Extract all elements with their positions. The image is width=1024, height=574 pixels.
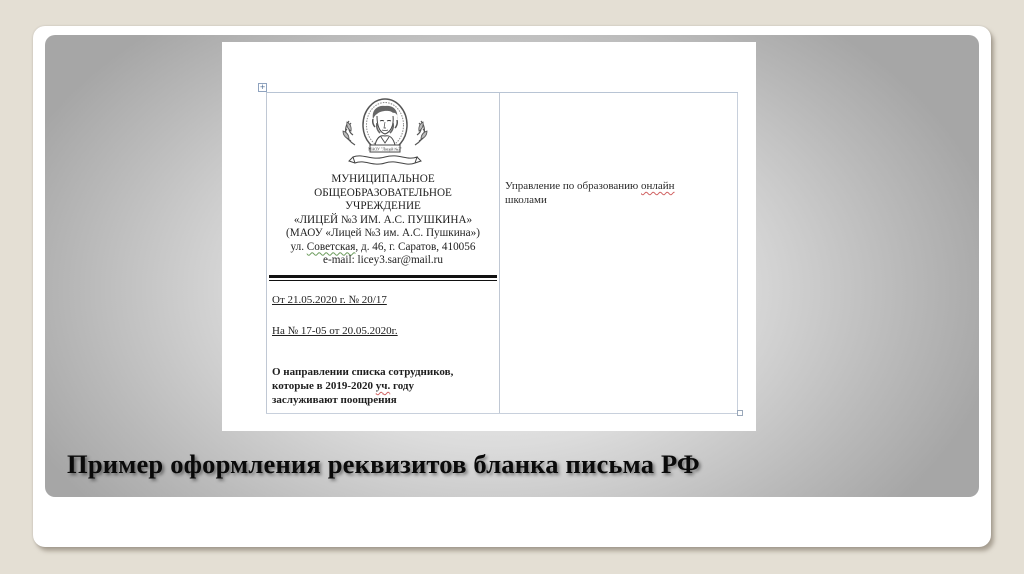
recipient-text: Управление по образованию — [505, 180, 641, 192]
recipient-line: школами — [505, 193, 675, 207]
letter-subject: О направлении списка сотрудников, которы… — [272, 365, 453, 407]
org-line: «ЛИЦЕЙ №3 ИМ. А.С. ПУШКИНА» — [267, 214, 499, 228]
org-line: (МАОУ «Лицей №3 им. А.С. Пушкина») — [267, 227, 499, 241]
address-rest: , д. 46, г. Саратов, 410056 — [355, 241, 475, 253]
table-move-handle-icon[interactable]: + — [258, 83, 267, 92]
address-street: Советская — [307, 241, 356, 253]
letterhead-left-column: МАОУ "Лицей №3" МУНИЦИПАЛЬНОЕ ОБЩЕОБРАЗО… — [266, 93, 500, 413]
recipient-block: Управление по образованию онлайн школами — [505, 179, 675, 207]
incoming-reference: На № 17-05 от 20.05.2020г. — [272, 325, 398, 337]
slide-title: Пример оформления реквизитов бланка пись… — [67, 449, 700, 480]
org-email: e-mail: licey3.sar@mail.ru — [267, 254, 499, 268]
subject-line: которые в 2019-2020 уч. году — [272, 379, 453, 393]
slide-frame: + — [33, 26, 991, 547]
recipient-line: Управление по образованию онлайн — [505, 179, 675, 193]
subject-line: О направлении списка сотрудников, — [272, 365, 453, 379]
subject-text: году — [390, 380, 414, 392]
letterhead-document-image: + — [222, 42, 756, 431]
org-line: УЧРЕЖДЕНИЕ — [267, 200, 499, 214]
address-prefix: ул. — [291, 241, 307, 253]
letterhead-table: МАОУ "Лицей №3" МУНИЦИПАЛЬНОЕ ОБЩЕОБРАЗО… — [266, 92, 738, 414]
letterhead-right-column: Управление по образованию онлайн школами — [499, 93, 738, 413]
subject-marked-word: уч. — [376, 380, 390, 392]
header-divider-thick — [269, 275, 497, 278]
table-resize-handle-icon[interactable] — [737, 410, 743, 416]
subject-text: которые в 2019-2020 — [272, 380, 376, 392]
header-divider-thin — [269, 280, 497, 281]
org-address: ул. Советская, д. 46, г. Саратов, 410056 — [267, 241, 499, 255]
outgoing-reference: От 21.05.2020 г. № 20/17 — [272, 294, 387, 306]
org-line: ОБЩЕОБРАЗОВАТЕЛЬНОЕ — [267, 187, 499, 201]
pushkin-crest-icon: МАОУ "Лицей №3" — [337, 95, 433, 169]
recipient-marked-word: онлайн — [641, 180, 675, 192]
svg-text:МАОУ "Лицей №3": МАОУ "Лицей №3" — [368, 147, 402, 152]
subject-line: заслуживают поощрения — [272, 393, 453, 407]
organization-details: МУНИЦИПАЛЬНОЕ ОБЩЕОБРАЗОВАТЕЛЬНОЕ УЧРЕЖД… — [267, 173, 499, 268]
slide-content: + — [45, 35, 979, 497]
org-line: МУНИЦИПАЛЬНОЕ — [267, 173, 499, 187]
